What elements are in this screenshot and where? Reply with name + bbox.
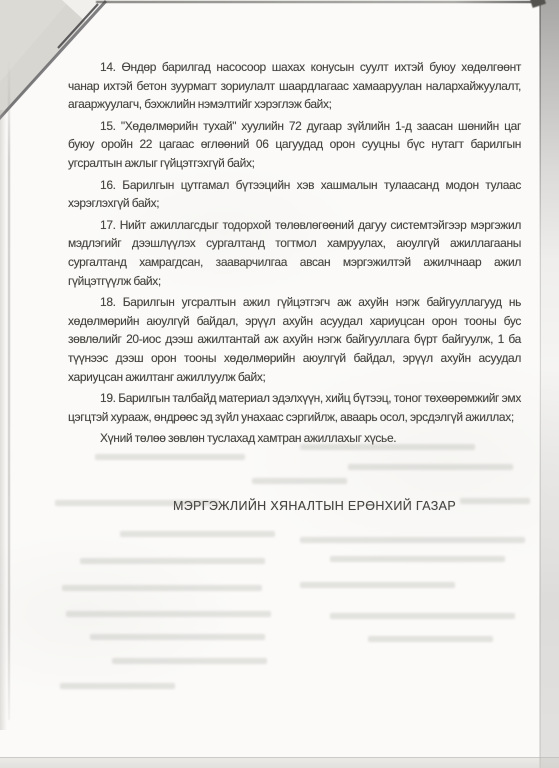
bleed-through-line [112,658,267,664]
scan-top-edge-line [96,1,543,3]
bleed-through-line [300,582,455,588]
clause-18: 18. Барилгын угсралтын ажил гүйцэтгэгч а… [68,293,521,386]
bleed-through-line [368,636,493,642]
bleed-through-line [62,585,262,591]
bleed-through-line [330,613,515,619]
clause-16: 16. Барилгын цутгамал бүтээцийн хэв хашм… [68,176,521,213]
bleed-through-line [60,683,175,689]
clause-14: 14. Өндөр барилгад насосоор шахах конусы… [68,58,521,114]
bleed-through-line [90,634,265,640]
bleed-through-line [460,498,530,504]
bleed-through-line [300,537,525,543]
bleed-through-line [330,556,505,562]
scan-right-edge-shadow [539,0,559,768]
scan-right-edge-line [540,0,541,768]
scan-left-edge-line [8,60,10,720]
clause-15: 15. "Хөдөлмөрийн тухай" хуулийн 72 дугаа… [68,117,521,173]
bleed-through-line [300,444,475,450]
scan-bottom-edge-shadow [0,757,559,768]
bleed-through-line [80,558,265,564]
clause-17: 17. Нийт ажиллагсдыг тодорхой төлөвлөгөө… [68,216,521,290]
bleed-through-line [252,478,347,484]
bleed-through-line [95,454,245,460]
scanned-document-page: 14. Өндөр барилгад насосоор шахах конусы… [0,0,559,768]
bleed-through-line [55,500,220,506]
bleed-through-line [120,531,275,537]
clause-19: 19. Барилгын талбайд материал эдэлхүүн, … [68,389,521,426]
letter-body: 14. Өндөр барилгад насосоор шахах конусы… [68,58,521,448]
bleed-through-line [66,611,271,617]
scan-left-edge-shade [0,110,7,730]
bleed-through-line [348,464,513,470]
